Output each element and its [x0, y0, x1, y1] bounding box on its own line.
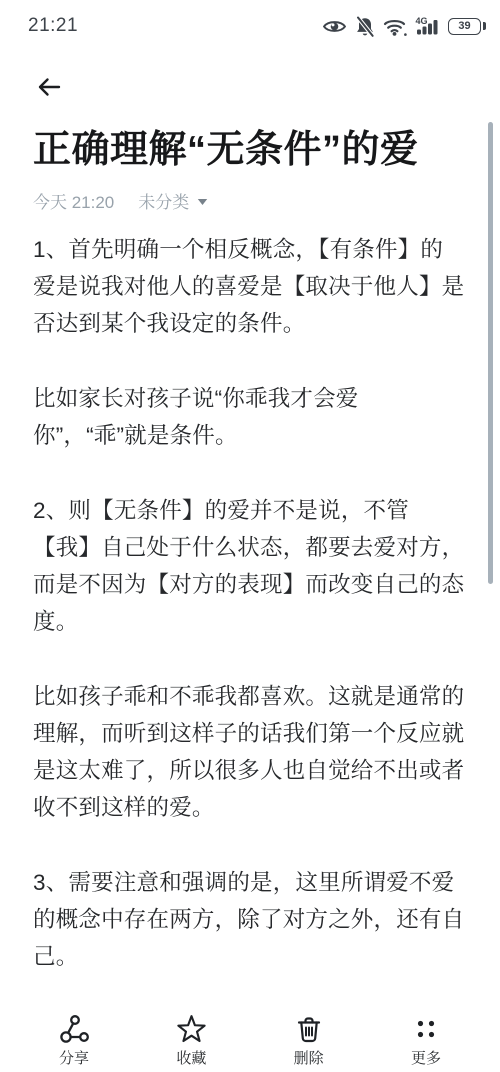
note-body[interactable]: 1、首先明确一个相反概念，【有条件】的 爱是说我对他人的喜爱是【取决于他人】是 …: [33, 231, 467, 975]
note-date: 今天 21:20: [33, 188, 114, 213]
note-paragraph[interactable]: 比如孩子乖和不乖我都喜欢。这就是通常的 理解，而听到这样子的话我们第一个反应就 …: [33, 678, 467, 826]
favorite-button[interactable]: 收藏: [161, 1013, 221, 1067]
signal-icon: 4G: [415, 16, 440, 36]
wifi-icon: [383, 17, 407, 36]
scrollbar[interactable]: [488, 122, 493, 584]
note-title[interactable]: 正确理解“无条件”的爱: [33, 128, 467, 172]
share-button[interactable]: 分享: [44, 1013, 104, 1067]
mute-icon: [355, 16, 375, 37]
clock-text: 21:21: [28, 15, 78, 37]
note-paragraph[interactable]: 1、首先明确一个相反概念，【有条件】的 爱是说我对他人的喜爱是【取决于他人】是 …: [33, 231, 467, 342]
battery-level-text: 39: [458, 20, 470, 32]
trash-icon: [293, 1013, 325, 1048]
note-content: 正确理解“无条件”的爱 今天 21:20 未分类 1、首先明确一个相反概念，【有…: [0, 128, 500, 975]
more-label: 更多: [411, 1051, 441, 1067]
bottom-toolbar: 分享 收藏 删除: [0, 1008, 500, 1072]
star-icon: [175, 1013, 208, 1048]
eye-protection-icon: [322, 18, 347, 35]
category-selector[interactable]: 未分类: [138, 188, 208, 213]
note-paragraph[interactable]: 比如家长对孩子说“你乖我才会爱 你”，“乖”就是条件。: [33, 380, 467, 454]
battery-indicator: 39: [448, 18, 481, 35]
back-button[interactable]: [33, 72, 63, 105]
more-icon: [410, 1013, 442, 1048]
nav-bar: [33, 72, 500, 102]
note-meta: 今天 21:20 未分类: [33, 188, 467, 213]
favorite-label: 收藏: [176, 1051, 206, 1067]
note-paragraph[interactable]: 2、则【无条件】的爱并不是说，不管 【我】自己处于什么状态，都要去爱对方， 而是…: [33, 492, 467, 640]
delete-button[interactable]: 删除: [279, 1013, 339, 1067]
note-paragraph[interactable]: 3、需要注意和强调的是，这里所谓爱不爱 的概念中存在两方，除了对方之外，还有自 …: [33, 864, 467, 975]
share-icon: [58, 1013, 90, 1048]
delete-label: 删除: [294, 1051, 324, 1067]
more-button[interactable]: 更多: [396, 1013, 456, 1067]
back-arrow-icon: [33, 90, 63, 105]
note-app-screen: 21:21: [0, 0, 500, 1072]
network-type-label: 4G: [416, 16, 428, 26]
chevron-down-icon: [197, 198, 208, 206]
status-bar: 21:21: [0, 0, 500, 42]
category-label: 未分类: [138, 188, 189, 213]
share-label: 分享: [59, 1051, 89, 1067]
status-icons: 4G 39: [322, 16, 486, 37]
